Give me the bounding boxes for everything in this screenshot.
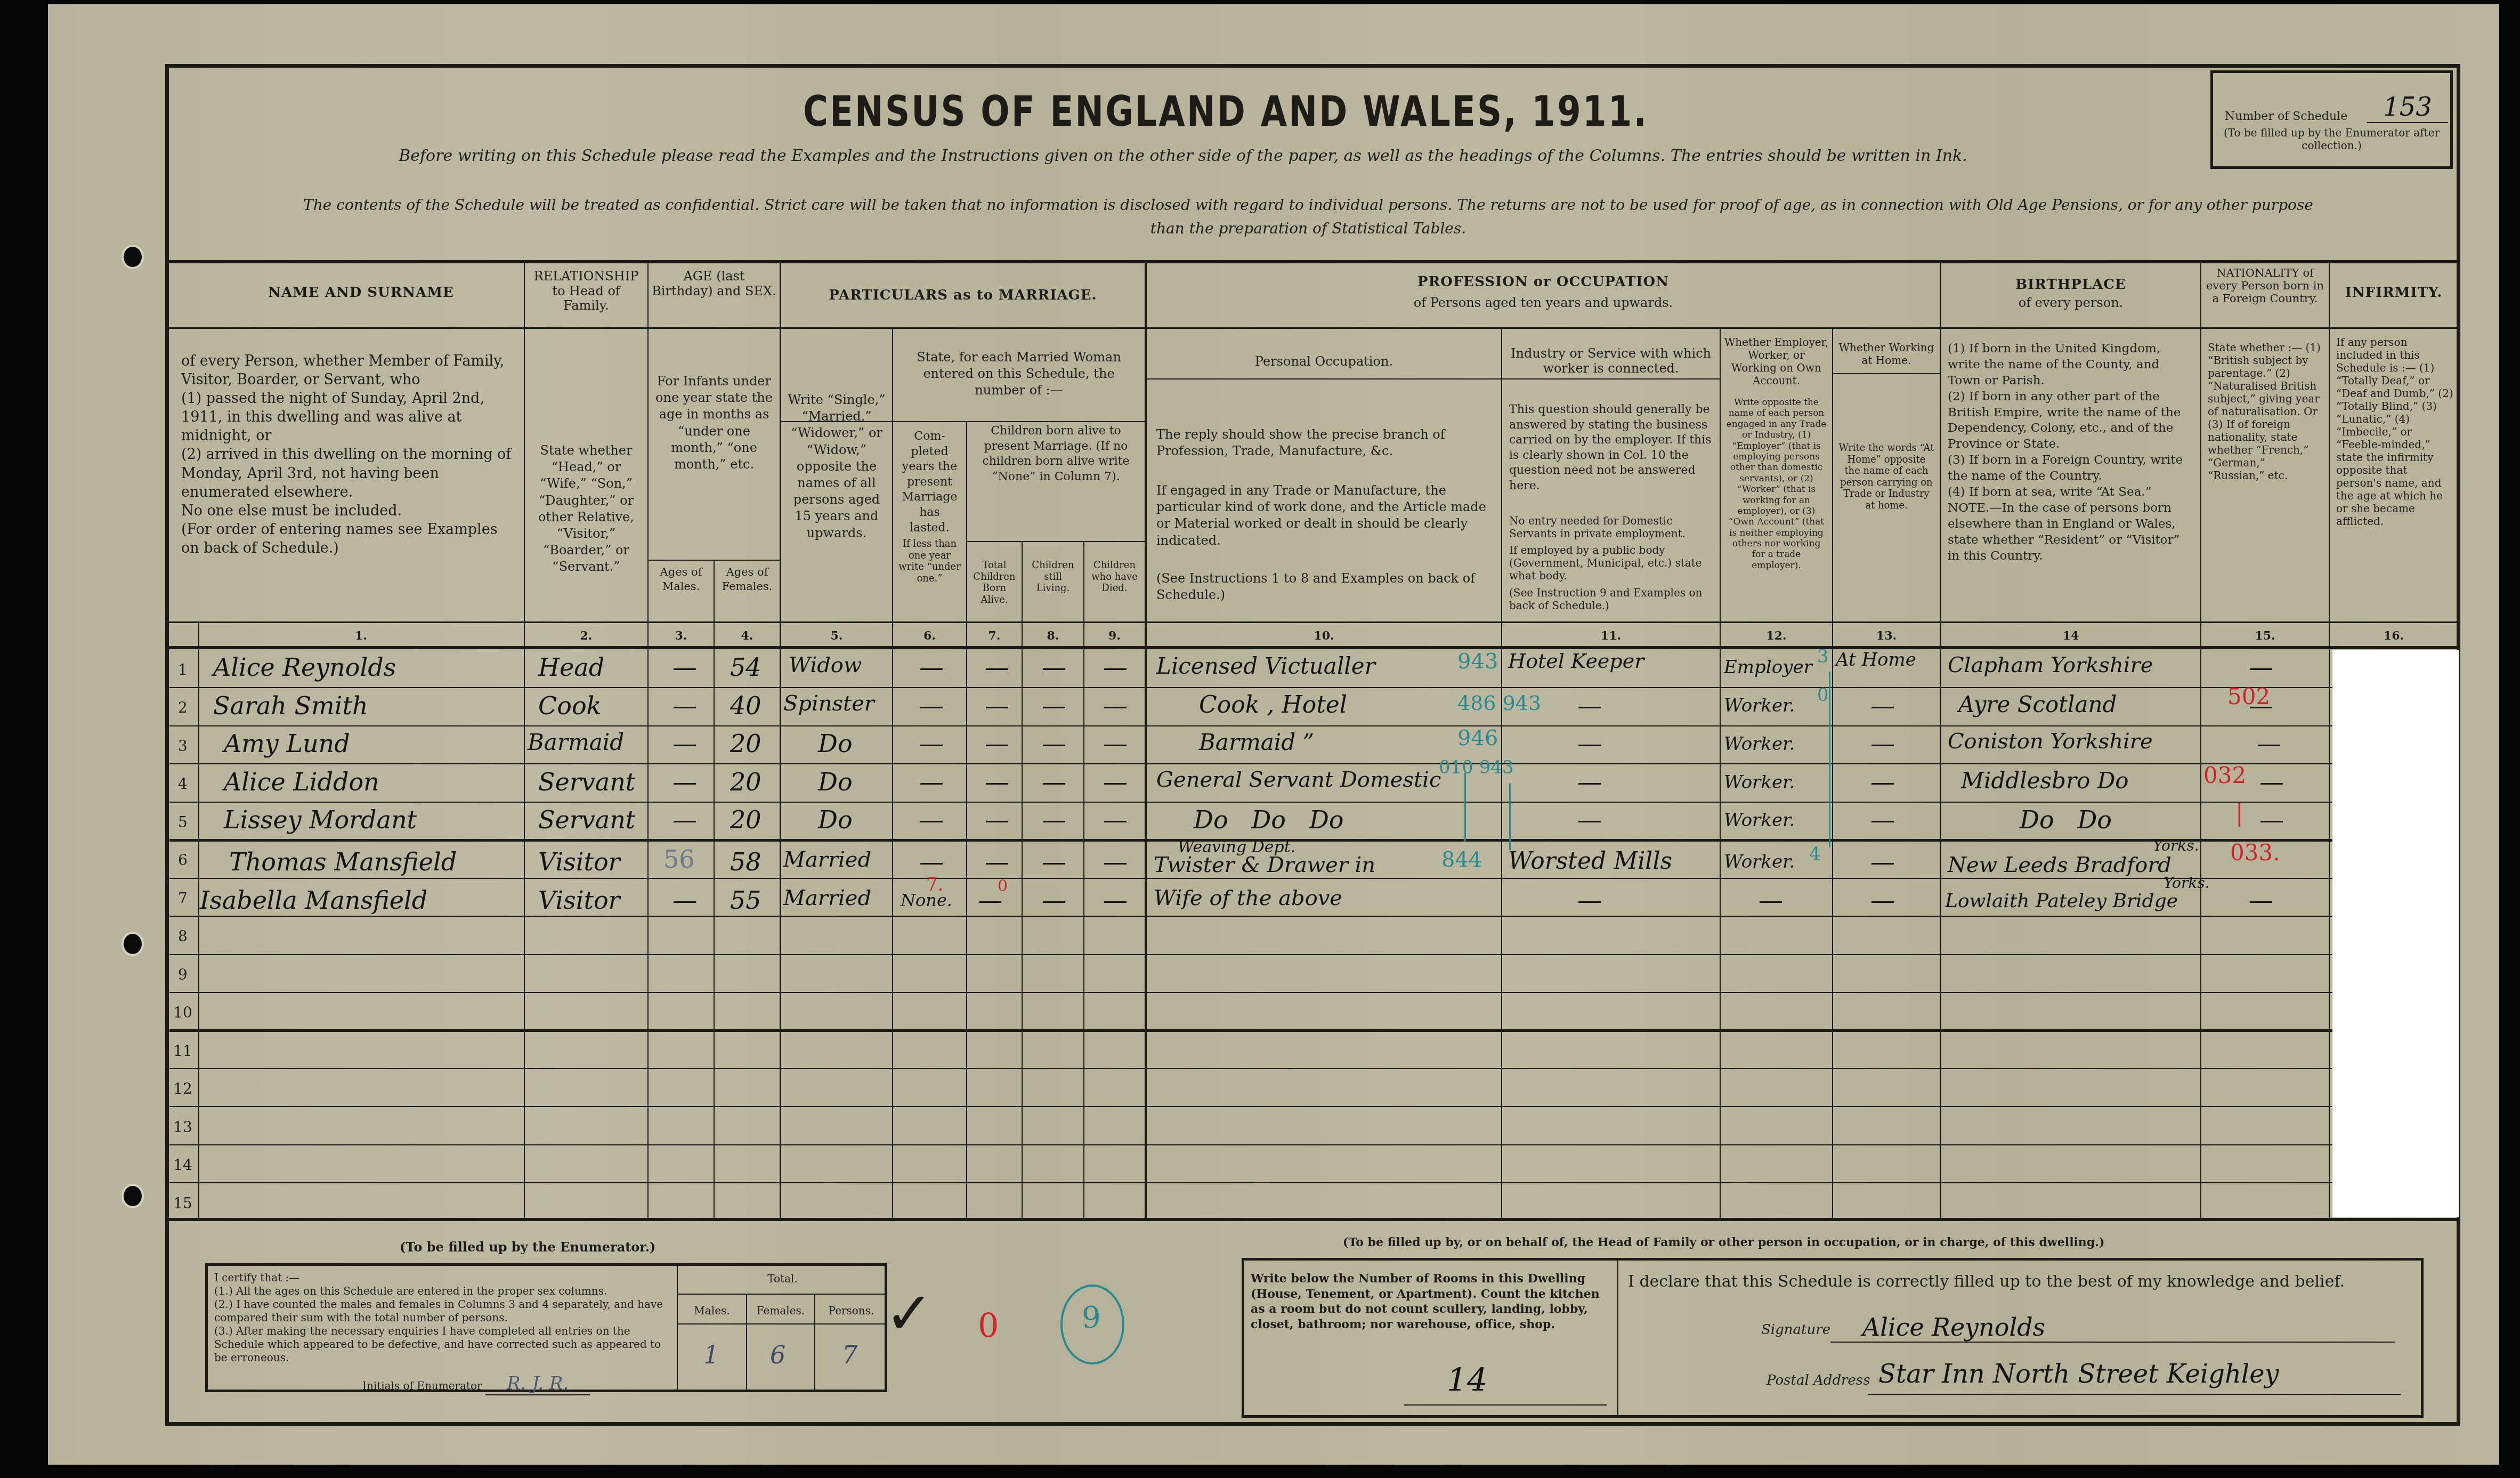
children-born[interactable]: — (985, 805, 1009, 834)
age-male[interactable]: 56 (663, 845, 695, 874)
signature[interactable]: Alice Reynolds (1862, 1313, 2045, 1342)
teal-check-line (1464, 773, 1466, 842)
age-female[interactable]: 40 (730, 691, 761, 720)
certify-item-3: (3.) After making the necessary enquirie… (214, 1324, 670, 1364)
column-number: 3. (649, 629, 714, 643)
row-number: 1 (169, 661, 196, 679)
children-living-label: Children still Living. (1023, 560, 1083, 594)
column-number: 16. (2330, 629, 2458, 643)
employment-status[interactable]: Worker. (1724, 810, 1795, 831)
col-line (198, 621, 199, 1218)
persons-label: Persons. (815, 1304, 887, 1317)
age-female[interactable]: 20 (730, 729, 761, 758)
row-rule (169, 916, 2333, 917)
header-occupation: PROFESSION or OCCUPATION (1147, 274, 1940, 290)
age-instructions: For Infants under one year state the age… (649, 373, 780, 473)
signature-line (1830, 1342, 2395, 1343)
industry-instr-1: This question should generally be answer… (1504, 402, 1720, 494)
rule (165, 260, 2460, 263)
females-label: Females. (747, 1304, 814, 1317)
marital-status[interactable]: Spinster (783, 691, 874, 716)
birthplace[interactable]: Coniston Yorkshire (1948, 729, 2153, 754)
rule (1146, 378, 1720, 379)
rooms-line (1404, 1404, 1607, 1406)
initials-label: Initials of Enumerator (362, 1379, 482, 1392)
industry-instr-2: No entry needed for Domestic Servants in… (1504, 514, 1720, 540)
children-born-note: Children born alive to present Marriage.… (967, 424, 1145, 484)
working-at-home[interactable]: — (1870, 729, 1895, 758)
redacted-infirmity-column (2332, 650, 2459, 1217)
children-born[interactable]: — (985, 691, 1009, 720)
birthplace[interactable]: Lowlaith Pateley Bridge (1945, 890, 2178, 912)
years-married[interactable]: None. (901, 890, 952, 910)
children-died[interactable]: — (1103, 729, 1128, 758)
married-woman-note: State, for each Married Woman entered on… (893, 349, 1145, 399)
children-living[interactable]: — (1042, 805, 1066, 834)
industry[interactable]: Hotel Keeper (1508, 649, 1644, 673)
person-name[interactable]: Thomas Mansfield (229, 847, 457, 876)
working-at-home[interactable]: — (1870, 847, 1895, 876)
occupation[interactable]: Wife of the above (1154, 886, 1342, 910)
marital-status[interactable]: Widow (789, 653, 862, 677)
column-number: 14 (1941, 629, 2200, 643)
row-number: 7 (169, 890, 196, 907)
employment-status[interactable]: Worker. (1724, 733, 1795, 755)
relationship[interactable]: Visitor (538, 886, 620, 915)
total-label: Total. (678, 1272, 887, 1285)
punch-hole (124, 247, 142, 267)
employment-status[interactable]: Worker. (1724, 851, 1795, 873)
industry[interactable]: — (1577, 691, 1602, 720)
employment-code: 3 (1817, 646, 1829, 667)
age-males-label: Ages of Males. (649, 565, 714, 594)
confidential-note: The contents of the Schedule will be tre… (176, 196, 2441, 214)
column-number: 13. (1833, 629, 1940, 643)
occupation-code: 844 (1441, 847, 1482, 872)
years-married[interactable]: — (919, 653, 944, 682)
row-number: 15 (169, 1194, 196, 1212)
nationality[interactable]: — (2257, 729, 2281, 758)
certify-item-2: (2.) I have counted the males and female… (214, 1298, 670, 1324)
occupation[interactable]: General Servant Domestic (1156, 768, 1441, 792)
employment-status[interactable]: Worker. (1724, 772, 1795, 793)
row-number: 10 (169, 1004, 196, 1021)
age-male[interactable]: — (672, 805, 697, 834)
row-number: 11 (169, 1042, 196, 1060)
total-females[interactable]: 6 (770, 1340, 785, 1369)
personal-occupation-label: Personal Occupation. (1147, 354, 1501, 369)
children-died[interactable]: — (1103, 768, 1128, 796)
header-birthplace: BIRTHPLACE (1941, 277, 2200, 293)
total-persons[interactable]: 7 (842, 1340, 857, 1369)
children-living[interactable]: — (1042, 653, 1066, 682)
age-female[interactable]: 54 (730, 653, 761, 682)
rule (165, 646, 2460, 649)
employment-status[interactable]: Employer (1724, 657, 1812, 678)
nationality-code: 502 (2227, 683, 2270, 709)
row-rule (169, 878, 2333, 879)
enumerator-initials[interactable]: R. J. R. (485, 1373, 590, 1395)
children-born[interactable]: — (985, 729, 1009, 758)
industry[interactable]: Worsted Mills (1508, 847, 1672, 875)
industry[interactable]: — (1577, 768, 1602, 796)
birthplace[interactable]: Clapham Yorkshire (1948, 653, 2153, 677)
column-number: 9. (1084, 629, 1145, 643)
birthplace-note: Yorks. (2164, 874, 2210, 892)
birthplace-instructions: (1) If born in the United Kingdom, write… (1942, 341, 2200, 564)
row-number: 6 (169, 851, 196, 869)
at-home-label: Whether Working at Home. (1833, 341, 1940, 367)
employment-status[interactable]: Worker. (1724, 695, 1795, 716)
children-living[interactable]: — (1042, 768, 1066, 796)
header-occupation-sub: of Persons aged ten years and upwards. (1147, 296, 1940, 311)
row-number: 5 (169, 813, 196, 831)
occupier-box: Write below the Number of Rooms in this … (1242, 1258, 2424, 1418)
person-name[interactable]: Sarah Smith (213, 691, 368, 720)
age-female[interactable]: 58 (730, 847, 761, 876)
subtitle: Before writing on this Schedule please r… (165, 147, 2201, 165)
nationality[interactable]: — (2259, 768, 2284, 796)
marital-status[interactable]: Married (783, 847, 871, 872)
col-line (714, 560, 715, 1218)
completed-years-label: Com-pleted years the present Marriage ha… (893, 429, 966, 536)
row-rule (169, 954, 2333, 955)
age-male[interactable]: — (672, 653, 697, 682)
col-line (2329, 261, 2330, 1218)
marital-status[interactable]: Do (818, 729, 853, 758)
children-died[interactable]: — (1103, 886, 1128, 915)
nationality-code: 033. (2230, 839, 2280, 866)
column-number: 12. (1721, 629, 1832, 643)
working-at-home[interactable]: — (1870, 886, 1895, 915)
col-line (2200, 261, 2201, 1218)
teal-check-line (1509, 784, 1511, 850)
children-died[interactable]: — (1103, 653, 1128, 682)
relationship[interactable]: Visitor (538, 847, 620, 876)
employment-code: 4 (1809, 843, 1821, 865)
column-number: 2. (525, 629, 647, 643)
column-number: 5. (781, 629, 892, 643)
birthplace[interactable]: New Leeds Bradford (1948, 853, 2171, 877)
teal-check-line (1829, 672, 1830, 847)
certify-label: I certify that :— (214, 1271, 670, 1285)
marital-status[interactable]: Do (818, 805, 853, 834)
rule (1832, 373, 1940, 374)
header-relationship: RELATIONSHIP to Head of Family. (525, 269, 647, 313)
col-line (524, 261, 525, 1218)
schedule-number-value[interactable]: 153 (2367, 92, 2448, 123)
header-age: AGE (last Birthday) and SEX. (649, 269, 780, 298)
row-rule (169, 1068, 2333, 1069)
row-rule (169, 1144, 2333, 1145)
children-died[interactable]: — (1103, 805, 1128, 834)
nationality[interactable]: — (2259, 805, 2284, 834)
employment-code: 0 (1817, 684, 1829, 706)
age-female[interactable]: 20 (730, 768, 761, 796)
nationality[interactable]: — (2249, 653, 2273, 682)
row-number: 4 (169, 775, 196, 793)
check-mark-icon: ✓ (885, 1279, 934, 1347)
children-living[interactable]: — (1042, 729, 1066, 758)
punch-hole (124, 934, 142, 954)
at-home-instr: Write the words “At Home” opposite the n… (1833, 442, 1940, 512)
row-rule (169, 992, 2333, 993)
signature-label: Signature (1761, 1322, 1830, 1338)
header-birthplace-sub: of every person. (1941, 296, 2200, 311)
row-number: 12 (169, 1080, 196, 1097)
occupation[interactable]: Barmaid ” (1199, 729, 1314, 755)
birthplace[interactable]: Middlesbro Do (1961, 768, 2129, 794)
row-number: 13 (169, 1118, 196, 1136)
infirmity-instructions: If any person included in this Schedule … (2331, 336, 2459, 528)
age-male[interactable]: — (672, 691, 697, 720)
row-number: 2 (169, 699, 196, 716)
divider (678, 1294, 887, 1295)
certify-item-1: (1.) All the ages on this Schedule are e… (214, 1285, 670, 1298)
name-instructions: of every Person, whether Member of Famil… (176, 352, 522, 558)
occupation[interactable]: Licensed Victualler (1156, 653, 1375, 679)
row-rule (169, 763, 2333, 764)
occupation[interactable]: Twister & Drawer in (1154, 853, 1375, 877)
header-name: NAME AND SURNAME (198, 285, 524, 301)
children-born[interactable]: — (978, 886, 1002, 915)
occupation[interactable]: Cook , Hotel (1199, 691, 1347, 718)
personal-occupation-instr-1: The reply should show the precise branch… (1151, 426, 1500, 459)
col-line (1145, 261, 1147, 1218)
punch-hole (124, 1186, 142, 1206)
column-number: 1. (198, 629, 524, 643)
working-at-home[interactable]: — (1870, 768, 1895, 796)
red-circle-mark: 0 (978, 1306, 999, 1345)
occupier-heading: (To be filled up by, or on behalf of, th… (1343, 1235, 2104, 1249)
rule (966, 541, 1146, 542)
children-died[interactable]: — (1103, 691, 1128, 720)
children-born[interactable]: — (985, 768, 1009, 796)
age-female[interactable]: 20 (730, 805, 761, 834)
row-rule (169, 1106, 2333, 1107)
years-married[interactable]: — (919, 768, 944, 796)
person-name[interactable]: Lissey Mordant (224, 805, 417, 834)
birthplace-note: Yorks. (2153, 837, 2199, 854)
employer-label: Whether Employer, Worker, or Working on … (1721, 336, 1832, 387)
person-name[interactable]: Alice Reynolds (213, 653, 396, 682)
title-wrap: CENSUS OF ENGLAND AND WALES, 1911. (533, 88, 1918, 136)
males-label: Males. (678, 1304, 746, 1317)
column-number: 15. (2201, 629, 2329, 643)
industry[interactable]: — (1577, 729, 1602, 758)
row-rule-thick (169, 1029, 2333, 1032)
industry[interactable]: — (1577, 805, 1602, 834)
industry-instr-3: If employed by a public body (Government… (1504, 544, 1720, 582)
age-females-label: Ages of Females. (715, 565, 780, 594)
row-number: 8 (169, 927, 196, 945)
person-name[interactable]: Alice Liddon (224, 768, 379, 796)
birthplace[interactable]: Ayre Scotland (1958, 691, 2117, 717)
age-male[interactable]: — (672, 768, 697, 796)
completed-years-note: If less than one year write “under one.” (893, 538, 966, 584)
rule (647, 560, 780, 561)
relationship[interactable]: Servant (538, 768, 635, 796)
total-children-label: Total Children Born Alive. (967, 560, 1022, 605)
teal-circle-mark: 9 (1082, 1301, 1101, 1335)
declaration: I declare that this Schedule is correctl… (1628, 1272, 2345, 1291)
enumerator-box: I certify that :— (1.) All the ages on t… (205, 1263, 887, 1392)
postal-address-label: Postal Address (1767, 1372, 1870, 1388)
children-born[interactable]: — (985, 653, 1009, 682)
relationship[interactable]: Head (538, 653, 604, 682)
column-number: 11. (1502, 629, 1720, 643)
rooms-count[interactable]: 14 (1447, 1362, 1487, 1399)
occupation[interactable]: Do Do Do (1194, 805, 1343, 834)
industry[interactable]: — (1577, 886, 1602, 915)
occupation-code: 943 (1457, 649, 1498, 674)
row-number: 3 (169, 737, 196, 755)
header-marriage: PARTICULARS as to MARRIAGE. (781, 288, 1145, 304)
relationship[interactable]: Cook (538, 691, 601, 720)
page-title: CENSUS OF ENGLAND AND WALES, 1911. (658, 88, 1794, 136)
personal-occupation-instr-3: (See Instructions 1 to 8 and Examples on… (1151, 570, 1500, 603)
children-living[interactable]: — (1042, 847, 1066, 876)
relationship[interactable]: Servant (538, 805, 635, 834)
birthplace[interactable]: Do Do (2020, 805, 2112, 834)
schedule-number-box: Number of Schedule 153 (To be filled up … (2210, 70, 2453, 169)
age-male[interactable]: — (672, 729, 697, 758)
working-at-home[interactable]: — (1870, 691, 1895, 720)
header-infirmity: INFIRMITY. (2330, 285, 2458, 301)
working-at-home[interactable]: At Home (1836, 649, 1916, 671)
working-at-home[interactable]: — (1870, 805, 1895, 834)
schedule-number-note: (To be filled up by the Enumerator after… (2218, 126, 2445, 152)
children-living[interactable]: — (1042, 886, 1066, 915)
rule (165, 1218, 2460, 1221)
column-number: 7. (967, 629, 1022, 643)
personal-occupation-instr-2: If engaged in any Trade or Manufacture, … (1151, 482, 1500, 549)
divider (1617, 1261, 1618, 1415)
row-number: 14 (169, 1156, 196, 1174)
rule (165, 327, 2460, 329)
person-name[interactable]: Isabella Mansfield (200, 886, 427, 915)
children-born[interactable]: — (985, 847, 1009, 876)
column-number: 6. (893, 629, 966, 643)
marital-status[interactable]: Married (783, 886, 871, 910)
column-number: 10. (1147, 629, 1501, 643)
row-rule (169, 687, 2333, 688)
column-number: 8. (1023, 629, 1083, 643)
employment-status[interactable]: — (1759, 886, 1783, 915)
children-died-label: Children who have Died. (1084, 560, 1145, 594)
postal-address[interactable]: Star Inn North Street Keighley (1878, 1359, 2279, 1389)
children-died[interactable]: — (1103, 847, 1128, 876)
nationality-code: | (2235, 799, 2243, 827)
years-married[interactable]: — (919, 847, 944, 876)
row-rule (169, 1182, 2333, 1183)
age-female[interactable]: 55 (730, 886, 761, 915)
occupation-code: 010 943 (1439, 757, 1514, 778)
employer-instr: Write opposite the name of each person e… (1721, 397, 1832, 571)
occupation-code: 946 (1457, 726, 1498, 750)
total-males[interactable]: 1 (703, 1340, 719, 1369)
row-rule (169, 725, 2333, 726)
row-number: 9 (169, 966, 196, 983)
marital-instructions: Write “Single,” “Married,” “Widower,” or… (781, 392, 892, 542)
row-rule (169, 802, 2333, 803)
confidential-note-2: than the preparation of Statistical Tabl… (176, 220, 2441, 237)
address-line (1868, 1394, 2401, 1395)
industry-label: Industry or Service with which worker is… (1502, 346, 1720, 376)
children-living[interactable]: — (1042, 691, 1066, 720)
column-number: 4. (715, 629, 780, 643)
occupation-code: 486 943 (1457, 691, 1541, 715)
nationality-code: 032 (2203, 762, 2246, 788)
enumerator-heading: (To be filled up by the Enumerator.) (400, 1239, 655, 1255)
marital-status[interactable]: Do (818, 768, 853, 796)
schedule-number-label: Number of Schedule (2225, 110, 2347, 123)
years-married[interactable]: — (919, 805, 944, 834)
nationality-instructions: State whether :— (1) “British subject by… (2202, 341, 2329, 482)
divider (678, 1323, 887, 1324)
industry-instr-4: (See Instruction 9 and Examples on back … (1504, 586, 1720, 612)
col-line (1940, 261, 1941, 1218)
rooms-instructions: Write below the Number of Rooms in this … (1251, 1271, 1610, 1332)
relationship[interactable]: Barmaid (528, 729, 624, 755)
nationality[interactable]: — (2249, 886, 2273, 915)
person-name[interactable]: Amy Lund (224, 729, 350, 758)
rule (165, 621, 2460, 623)
age-male[interactable]: — (672, 886, 697, 915)
header-nationality: NATIONALITY of every Person born in a Fo… (2201, 266, 2329, 305)
years-married[interactable]: — (919, 691, 944, 720)
years-married[interactable]: — (919, 729, 944, 758)
relationship-instructions: State whether “Head,” or “Wife,” “Son,” … (525, 442, 647, 576)
